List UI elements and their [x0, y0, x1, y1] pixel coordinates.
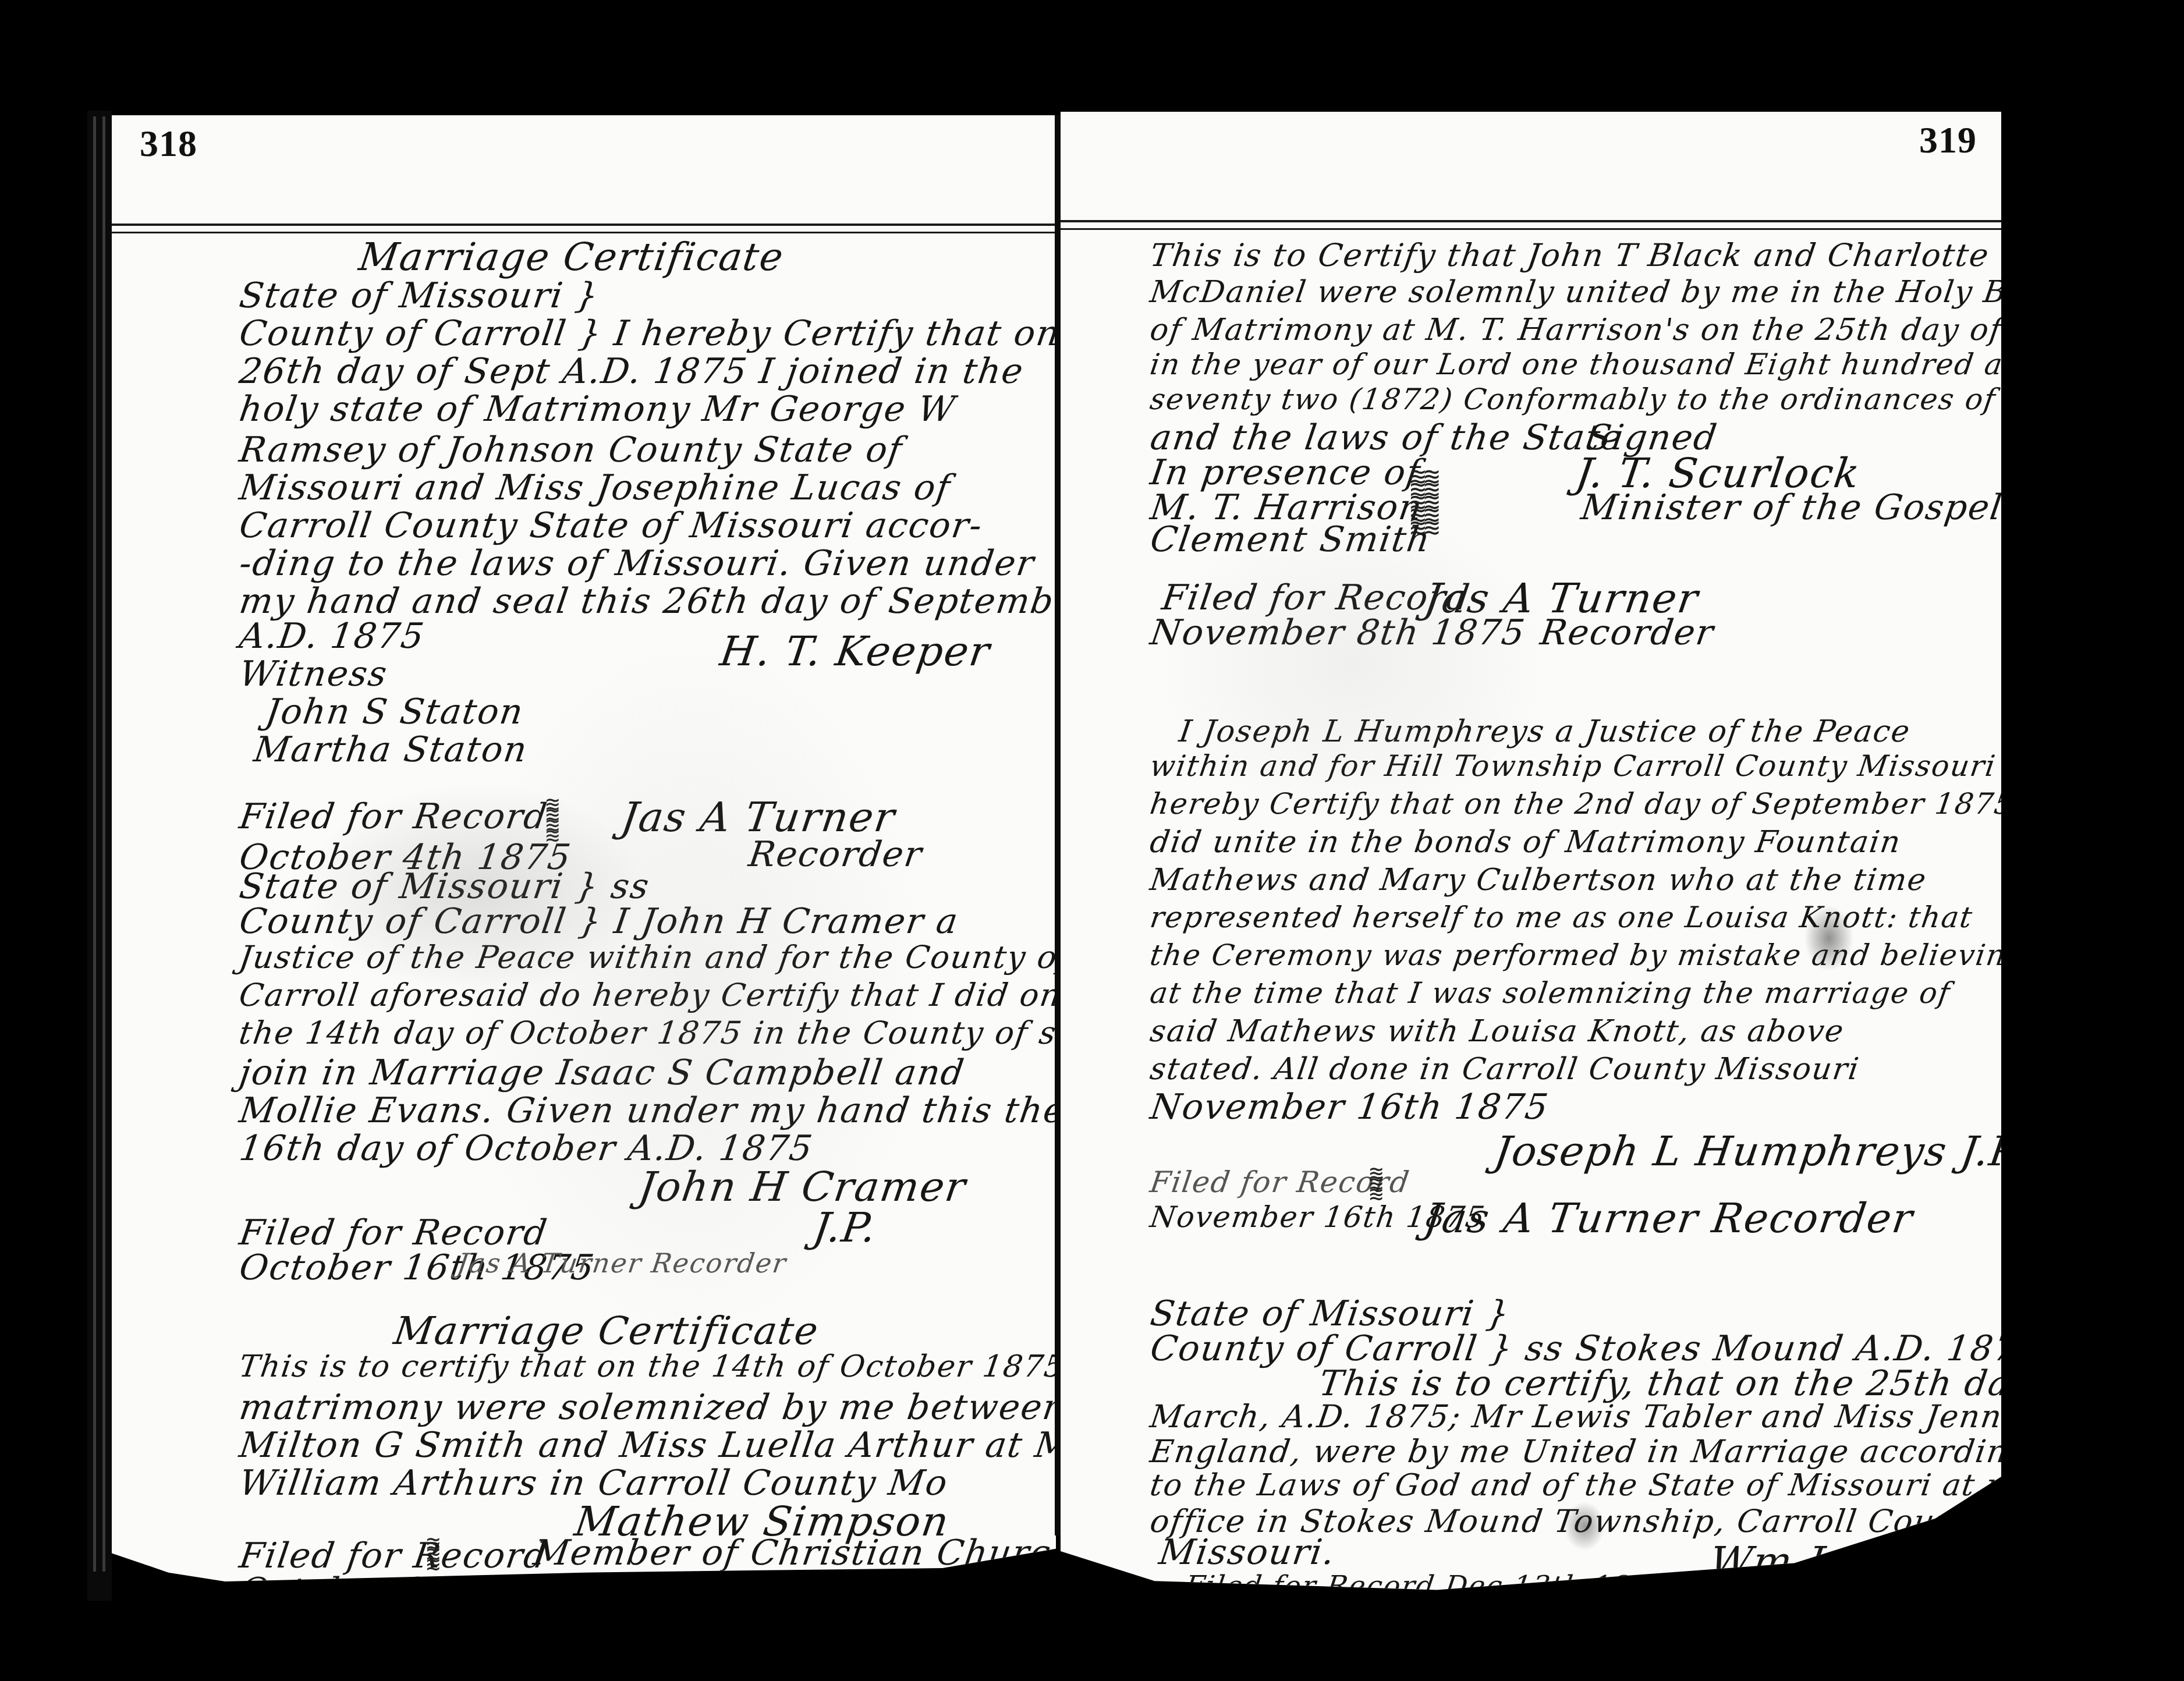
record-line: Ramsey of Johnson County State of [237, 430, 905, 470]
left-page: 318 Marriage Certificate State of Missou… [112, 115, 1056, 1605]
record-line: Carroll County State of Missouri accor- [237, 505, 985, 546]
filed-label: Filed for Record [237, 796, 550, 837]
filed-date: November 8th 1875 [1148, 612, 1528, 653]
record-line: This is to Certify that John T Black and… [1148, 237, 1992, 274]
record-line: of Matrimony at M. T. Harrison's on the … [1148, 313, 2001, 347]
recorder-signature: Jas A Turner Recorder [455, 1247, 789, 1279]
record-line: County of Carroll } I hereby Certify tha… [237, 313, 1056, 354]
record-line: hereby Certify that on the 2nd day of Se… [1148, 787, 2001, 821]
record-line: Witness [237, 654, 390, 694]
record-line: in the year of our Lord one thousand Eig… [1148, 347, 2001, 381]
ledger-spread: 318 Marriage Certificate State of Missou… [0, 0, 2184, 1681]
recorder-title: Recorder [746, 834, 926, 875]
record-line: join in Marriage Isaac S Campbell and [237, 1052, 967, 1093]
record-line: Missouri and Miss Josephine Lucas of [237, 467, 953, 508]
record-line: matrimony were solemnized by me between … [237, 1387, 1056, 1428]
record-line: represented herself to me as one Louisa … [1148, 900, 1975, 934]
record-line: County of Carroll } I John H Cramer a [237, 901, 961, 942]
officiant-title: Minister of the Gospel [1579, 487, 2001, 528]
header-rule [1061, 220, 2001, 230]
officiant-signature: Wm Johnson [1707, 1538, 1984, 1586]
page-number: 318 [140, 122, 197, 165]
officiant-signature: H. T. Keeper [717, 627, 994, 675]
record-line: Missouri. [1157, 1532, 1338, 1573]
entry-title: Marriage Certificate [356, 235, 787, 279]
officiant-signature: Joseph L Humphreys J.P. [1491, 1127, 2001, 1175]
witness-name: Martha Staton [251, 729, 530, 770]
record-line: seventy two (1872) Conformably to the or… [1148, 382, 2001, 416]
record-line: to the Laws of God and of the State of M… [1148, 1468, 2001, 1503]
record-line: Carroll aforesaid do hereby Certify that… [237, 977, 1056, 1013]
book-edge-line [102, 116, 105, 1572]
record-line: Justice of the Peace within and for the … [237, 939, 1056, 976]
record-line: Milton G Smith and Miss Luella Arthur at… [237, 1425, 1056, 1466]
record-line: the Ceremony was performed by mistake an… [1148, 938, 2001, 972]
page-number: 319 [1919, 119, 1977, 162]
entry-title: Marriage Certificate [391, 1308, 822, 1353]
record-line: A.D. 1875 [237, 616, 427, 657]
officiant-signature: John H Cramer [636, 1163, 969, 1211]
witness-name: John S Staton [263, 691, 526, 732]
filed-date: October 20th 1875 [237, 1570, 597, 1605]
witness-name: Clement Smith [1148, 519, 1434, 560]
record-line: England, were by me United in Marriage a… [1148, 1433, 2001, 1470]
record-line: the 14th day of October 1875 in the Coun… [237, 1015, 1056, 1051]
filed-date: Filed for Record Dec 13th 1875. [1183, 1570, 1680, 1602]
recorder-signature: Jas A Turner Recorder [1421, 1194, 1916, 1242]
record-line: 26th day of Sept A.D. 1875 I joined in t… [237, 351, 1027, 392]
seal-scroll-icon: ≋≋≋≋ [545, 799, 557, 841]
record-line: State of Missouri } [237, 275, 602, 316]
record-line: This is to certify that on the 14th of O… [237, 1349, 1056, 1384]
record-line: Mathews and Mary Culbertson who at the t… [1148, 863, 1929, 898]
record-line: -ding to the laws of Missouri. Given und… [237, 543, 1037, 584]
officiant-title: Member of Christian Church [531, 1533, 1056, 1573]
seal-scroll-icon: ≋≋≋ [1369, 1168, 1381, 1200]
record-line: stated. All done in Carroll County Misso… [1148, 1052, 1862, 1087]
officiant-title: J.P. [810, 1204, 880, 1251]
header-rule [112, 224, 1056, 233]
record-line: at the time that I was solemnizing the m… [1148, 976, 1953, 1010]
record-line: holy state of Matrimony Mr George W [237, 389, 958, 430]
book-edge-strip [87, 111, 112, 1601]
book-edge-line [93, 116, 96, 1572]
record-line: November 16th 1875 [1148, 1087, 1551, 1127]
right-page: 319 This is to Certify that John T Black… [1061, 112, 2001, 1602]
officiant-title: J.P. [1788, 1584, 1858, 1602]
record-line: Mollie Evans. Given under my hand this t… [237, 1090, 1056, 1131]
record-line: did unite in the bonds of Matrimony Foun… [1148, 825, 1903, 860]
record-line: said Mathews with Louisa Knott, as above [1148, 1014, 1846, 1049]
record-line: I Joseph L Humphreys a Justice of the Pe… [1177, 714, 1913, 749]
record-line: McDaniel were solemnly united by me in t… [1148, 275, 2001, 310]
record-line: March, A.D. 1875; Mr Lewis Tabler and Mi… [1148, 1398, 2001, 1435]
seal-scroll-icon: ≋≋≋ [426, 1538, 438, 1570]
record-line: within and for Hill Township Carroll Cou… [1148, 749, 1998, 783]
recorder-title: Recorder [1538, 612, 1717, 653]
